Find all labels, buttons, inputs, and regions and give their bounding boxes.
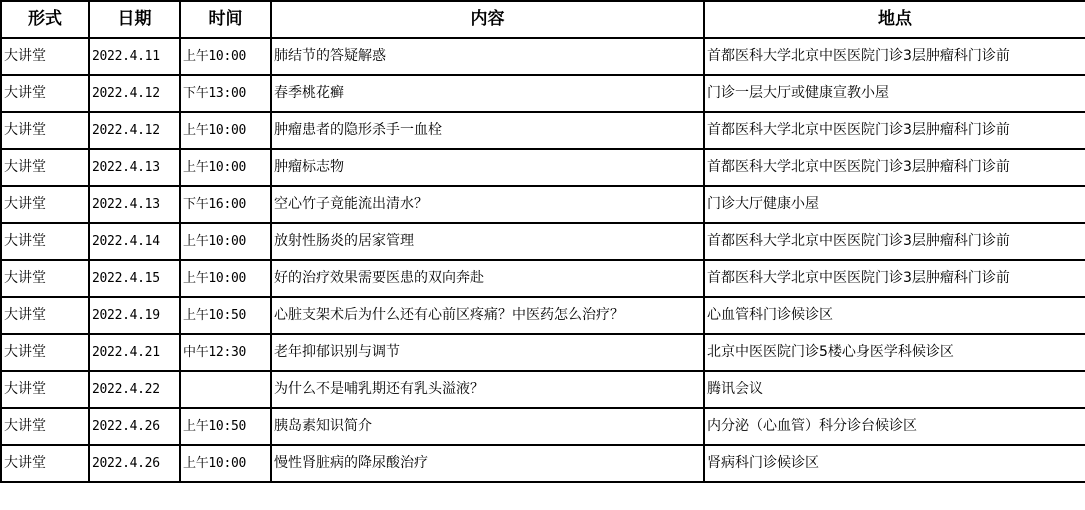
header-row: 形式 日期 时间 内容 地点 — [1, 1, 1085, 38]
cell-time: 上午10:50 — [180, 408, 271, 445]
cell-time: 上午10:00 — [180, 223, 271, 260]
cell-time — [180, 371, 271, 408]
cell-content: 慢性肾脏病的降尿酸治疗 — [271, 445, 704, 482]
table-row: 大讲堂 2022.4.11 上午10:00 肺结节的答疑解惑 首都医科大学北京中… — [1, 38, 1085, 75]
cell-time: 上午10:00 — [180, 38, 271, 75]
table-row: 大讲堂 2022.4.22 为什么不是哺乳期还有乳头溢液？ 腾讯会议 — [1, 371, 1085, 408]
cell-date: 2022.4.19 — [89, 297, 180, 334]
cell-form: 大讲堂 — [1, 223, 89, 260]
cell-form: 大讲堂 — [1, 112, 89, 149]
cell-form: 大讲堂 — [1, 38, 89, 75]
cell-time: 下午13:00 — [180, 75, 271, 112]
cell-form: 大讲堂 — [1, 297, 89, 334]
cell-place: 腾讯会议 — [704, 371, 1085, 408]
header-form: 形式 — [1, 1, 89, 38]
cell-time: 中午12:30 — [180, 334, 271, 371]
cell-date: 2022.4.14 — [89, 223, 180, 260]
cell-form: 大讲堂 — [1, 186, 89, 223]
cell-place: 首都医科大学北京中医医院门诊3层肿瘤科门诊前 — [704, 260, 1085, 297]
cell-form: 大讲堂 — [1, 408, 89, 445]
cell-date: 2022.4.21 — [89, 334, 180, 371]
cell-place: 肾病科门诊候诊区 — [704, 445, 1085, 482]
cell-place: 内分泌（心血管）科分诊台候诊区 — [704, 408, 1085, 445]
cell-content: 肿瘤标志物 — [271, 149, 704, 186]
cell-time: 上午10:00 — [180, 260, 271, 297]
cell-date: 2022.4.26 — [89, 408, 180, 445]
table-row: 大讲堂 2022.4.14 上午10:00 放射性肠炎的居家管理 首都医科大学北… — [1, 223, 1085, 260]
cell-content: 肺结节的答疑解惑 — [271, 38, 704, 75]
cell-time: 下午16:00 — [180, 186, 271, 223]
cell-content: 好的治疗效果需要医患的双向奔赴 — [271, 260, 704, 297]
header-place: 地点 — [704, 1, 1085, 38]
cell-time: 上午10:00 — [180, 112, 271, 149]
cell-form: 大讲堂 — [1, 260, 89, 297]
cell-time: 上午10:00 — [180, 149, 271, 186]
table-row: 大讲堂 2022.4.12 上午10:00 肿瘤患者的隐形杀手一血栓 首都医科大… — [1, 112, 1085, 149]
cell-place: 门诊一层大厅或健康宣教小屋 — [704, 75, 1085, 112]
cell-content: 放射性肠炎的居家管理 — [271, 223, 704, 260]
cell-date: 2022.4.15 — [89, 260, 180, 297]
cell-place: 首都医科大学北京中医医院门诊3层肿瘤科门诊前 — [704, 38, 1085, 75]
cell-form: 大讲堂 — [1, 445, 89, 482]
cell-content: 肿瘤患者的隐形杀手一血栓 — [271, 112, 704, 149]
cell-place: 心血管科门诊候诊区 — [704, 297, 1085, 334]
cell-content: 空心竹子竟能流出清水？ — [271, 186, 704, 223]
table-row: 大讲堂 2022.4.26 上午10:50 胰岛素知识简介 内分泌（心血管）科分… — [1, 408, 1085, 445]
cell-place: 首都医科大学北京中医医院门诊3层肿瘤科门诊前 — [704, 112, 1085, 149]
header-date: 日期 — [89, 1, 180, 38]
cell-place: 首都医科大学北京中医医院门诊3层肿瘤科门诊前 — [704, 223, 1085, 260]
table-row: 大讲堂 2022.4.15 上午10:00 好的治疗效果需要医患的双向奔赴 首都… — [1, 260, 1085, 297]
table-row: 大讲堂 2022.4.12 下午13:00 春季桃花癣 门诊一层大厅或健康宣教小… — [1, 75, 1085, 112]
cell-form: 大讲堂 — [1, 334, 89, 371]
cell-time: 上午10:00 — [180, 445, 271, 482]
table-row: 大讲堂 2022.4.21 中午12:30 老年抑郁识别与调节 北京中医医院门诊… — [1, 334, 1085, 371]
cell-form: 大讲堂 — [1, 371, 89, 408]
cell-content: 心脏支架术后为什么还有心前区疼痛？中医药怎么治疗？ — [271, 297, 704, 334]
cell-date: 2022.4.26 — [89, 445, 180, 482]
lecture-schedule-table: 形式 日期 时间 内容 地点 大讲堂 2022.4.11 上午10:00 肺结节… — [0, 0, 1085, 483]
cell-date: 2022.4.12 — [89, 75, 180, 112]
cell-place: 首都医科大学北京中医医院门诊3层肿瘤科门诊前 — [704, 149, 1085, 186]
cell-date: 2022.4.12 — [89, 112, 180, 149]
cell-form: 大讲堂 — [1, 149, 89, 186]
header-content: 内容 — [271, 1, 704, 38]
cell-date: 2022.4.22 — [89, 371, 180, 408]
header-time: 时间 — [180, 1, 271, 38]
cell-content: 为什么不是哺乳期还有乳头溢液？ — [271, 371, 704, 408]
cell-content: 老年抑郁识别与调节 — [271, 334, 704, 371]
cell-time: 上午10:50 — [180, 297, 271, 334]
cell-form: 大讲堂 — [1, 75, 89, 112]
cell-date: 2022.4.13 — [89, 186, 180, 223]
cell-content: 胰岛素知识简介 — [271, 408, 704, 445]
table-row: 大讲堂 2022.4.13 下午16:00 空心竹子竟能流出清水？ 门诊大厅健康… — [1, 186, 1085, 223]
table-row: 大讲堂 2022.4.19 上午10:50 心脏支架术后为什么还有心前区疼痛？中… — [1, 297, 1085, 334]
cell-place: 北京中医医院门诊5楼心身医学科候诊区 — [704, 334, 1085, 371]
cell-place: 门诊大厅健康小屋 — [704, 186, 1085, 223]
table-row: 大讲堂 2022.4.26 上午10:00 慢性肾脏病的降尿酸治疗 肾病科门诊候… — [1, 445, 1085, 482]
table-row: 大讲堂 2022.4.13 上午10:00 肿瘤标志物 首都医科大学北京中医医院… — [1, 149, 1085, 186]
cell-date: 2022.4.11 — [89, 38, 180, 75]
cell-content: 春季桃花癣 — [271, 75, 704, 112]
cell-date: 2022.4.13 — [89, 149, 180, 186]
